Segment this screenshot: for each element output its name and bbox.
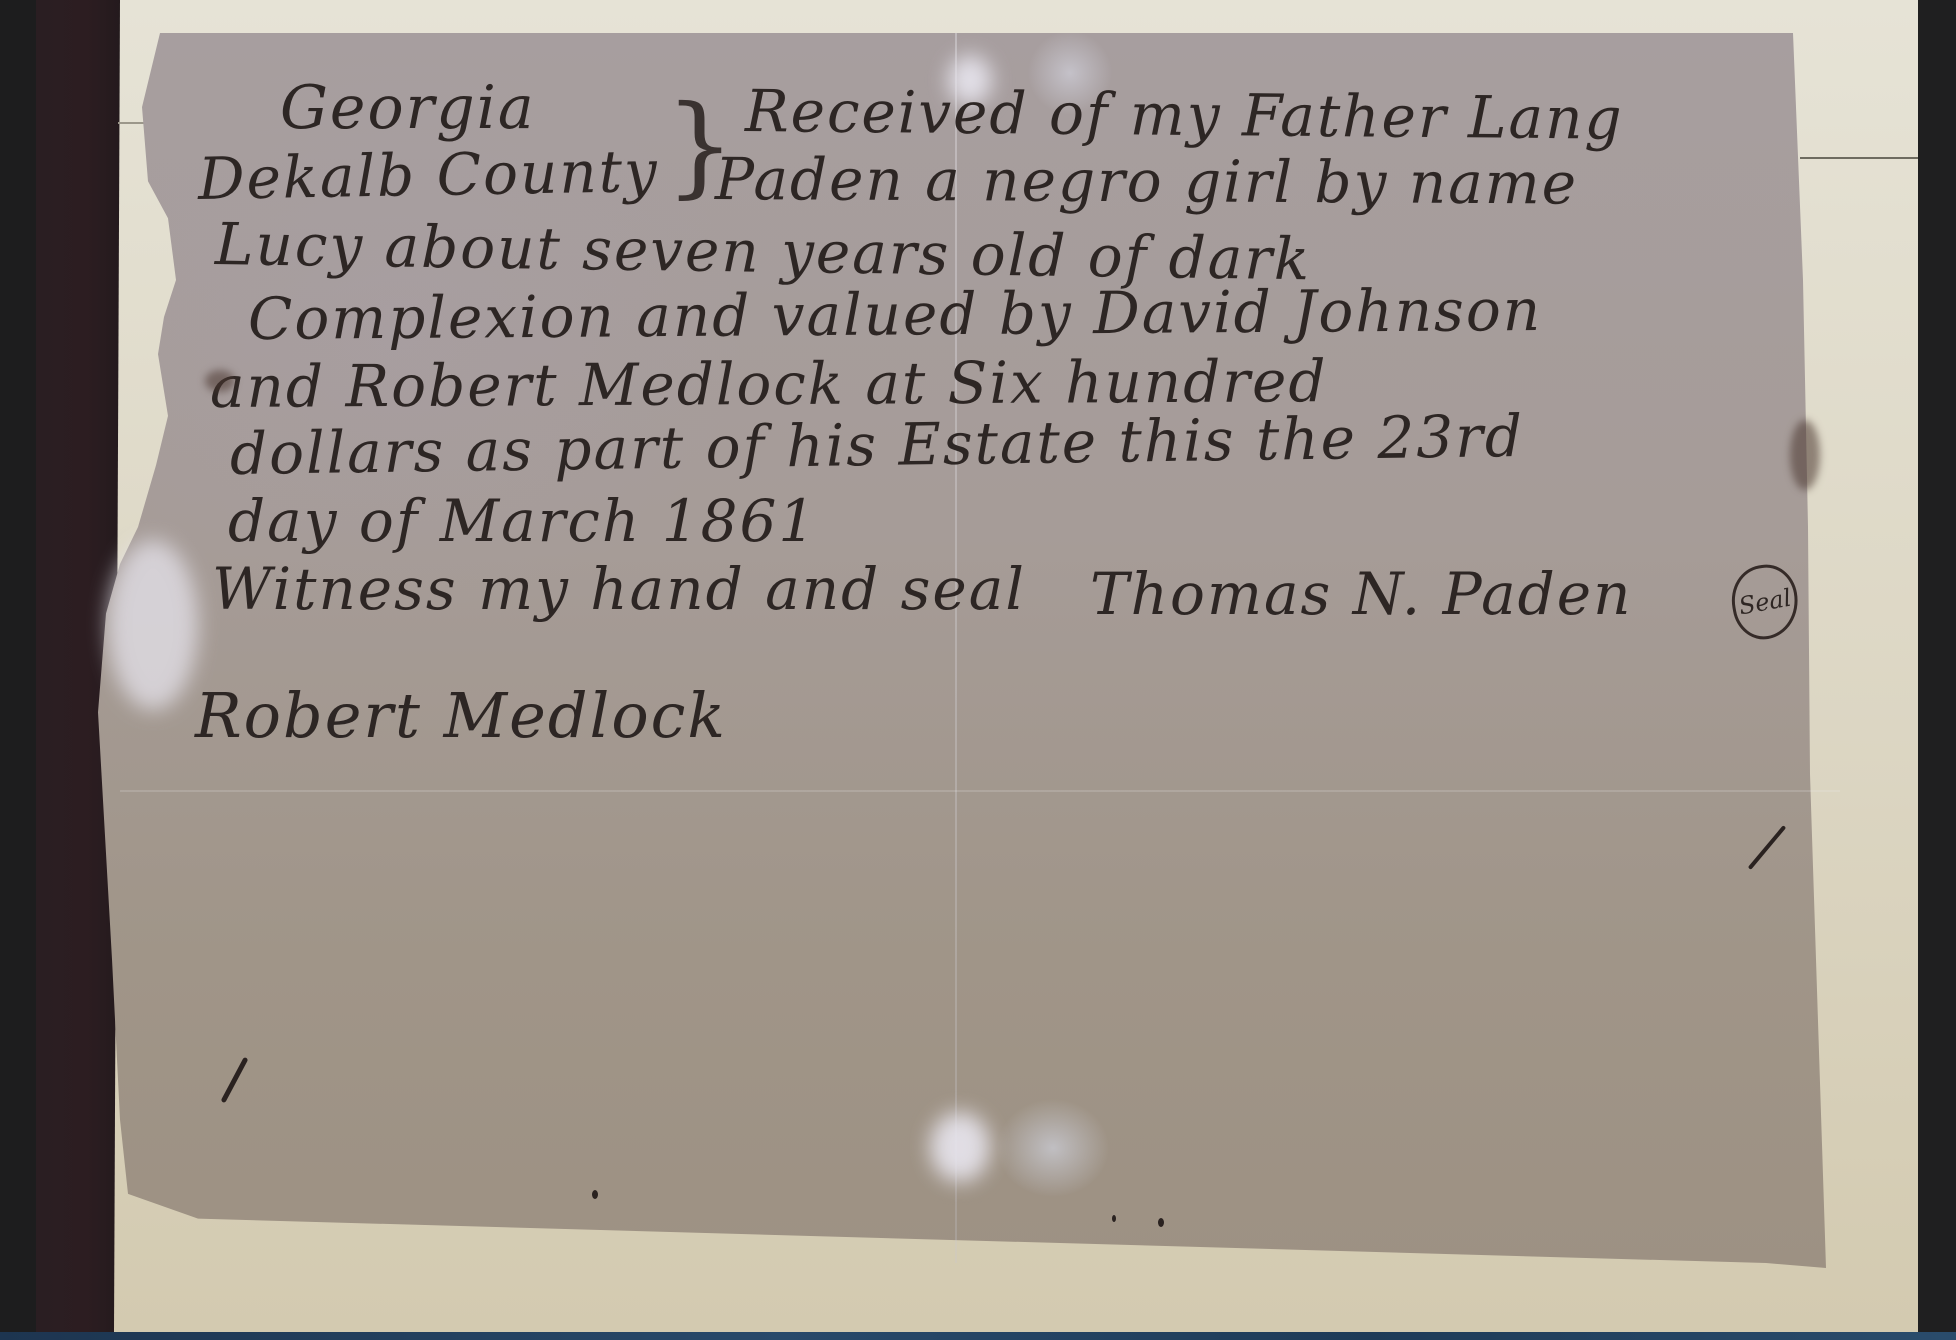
seal-mark: Seal xyxy=(1726,560,1804,644)
handwritten-text: Georgia Dekalb County } Received of my F… xyxy=(0,0,1956,1340)
body-line-1: Received of my Father Lang xyxy=(745,82,1624,148)
paper-dot xyxy=(1112,1215,1116,1222)
signature-thomas-paden: Thomas N. Paden xyxy=(1090,565,1632,623)
header-state: Georgia xyxy=(280,78,536,138)
header-county: Dekalb County xyxy=(197,142,659,208)
ink-stain-left xyxy=(205,370,235,392)
paper-dot xyxy=(592,1190,598,1199)
body-line-2: Paden a negro girl by name xyxy=(715,150,1578,213)
paper-dot xyxy=(1158,1218,1164,1227)
body-line-3: Lucy about seven years old of dark xyxy=(215,215,1312,288)
witness-line: Witness my hand and seal xyxy=(212,560,1026,618)
photo-stage: Georgia Dekalb County } Received of my F… xyxy=(0,0,1956,1340)
signature-robert-medlock: Robert Medlock xyxy=(195,685,727,747)
ink-stain-right xyxy=(1790,420,1820,490)
body-line-6: dollars as part of his Estate this the 2… xyxy=(230,407,1525,483)
body-line-4: Complexion and valued by David Johnson xyxy=(248,281,1542,348)
body-line-7: day of March 1861 xyxy=(228,492,817,550)
